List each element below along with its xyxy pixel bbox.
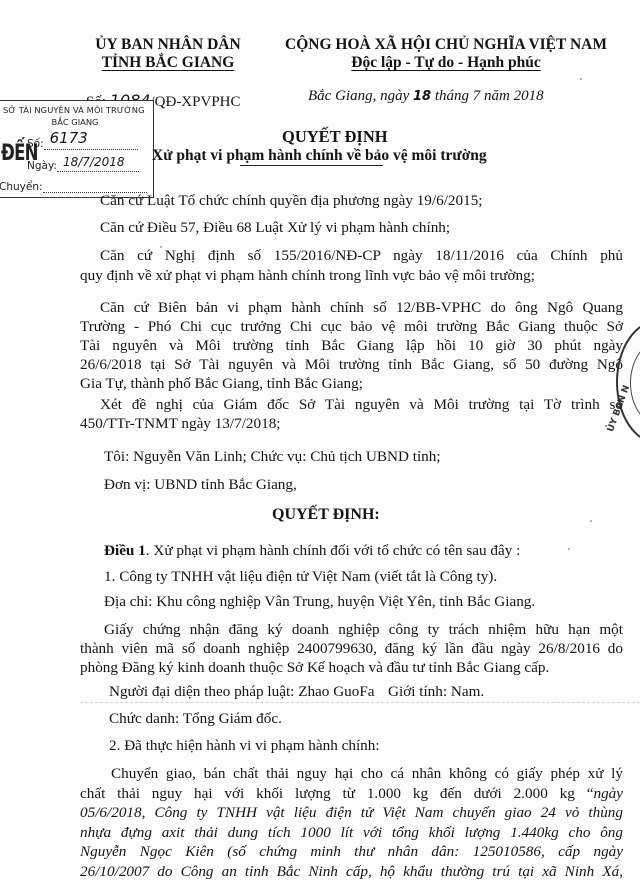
scan-speck (568, 548, 570, 550)
signer-line: Tôi: Nguyễn Văn Linh; Chức vụ: Chủ tịch … (104, 448, 441, 466)
issuer-line1: ỦY BAN NHÂN DÂN (88, 36, 248, 54)
stamp-org-line1: SỞ TÀI NGUYÊN VÀ MÔI TRƯỜNG (3, 105, 145, 115)
decision-title: QUYẾT ĐỊNH (282, 127, 388, 147)
subtitle-underline (240, 165, 383, 166)
legal-representative: Người đại diện theo pháp luật: Zhao GuoF… (109, 683, 375, 701)
company-address: Địa chỉ: Khu công nghiệp Vân Trung, huyệ… (104, 593, 535, 611)
preamble-dieu-57: Căn cứ Điều 57, Điều 68 Luật Xử lý vi ph… (100, 219, 450, 237)
preamble-bien-ban: Căn cứ Biên bản vi phạm hành chính số 12… (80, 298, 623, 393)
scan-speck (160, 246, 162, 248)
stamp-ngay-row: Ngày:18/7/2018 (27, 159, 139, 172)
national-motto: Độc lập - Tự do - Hạnh phúc (270, 54, 622, 72)
business-certificate: Giấy chứng nhận đăng ký doanh nghiệp côn… (80, 620, 623, 677)
stamp-ngay-value: 18/7/2018 (63, 155, 125, 169)
place-date: Bắc Giang, ngày 18 tháng 7 năm 2018 (308, 88, 544, 105)
decision-heading: QUYẾT ĐỊNH: (272, 506, 380, 524)
stamp-org-line2: BẮC GIANG (0, 117, 153, 127)
violation-description: Chuyển giao, bán chất thải nguy hại cho … (80, 764, 623, 881)
issuer-line2: TỈNH BẮC GIANG (88, 54, 248, 72)
date-day-handwritten: 18 (413, 89, 431, 104)
scan-speck (580, 78, 582, 80)
article-1-label: Điều 1 (104, 542, 146, 559)
preamble-luat-to-chuc: Căn cứ Luật Tổ chức chính quyền địa phươ… (100, 192, 483, 210)
stamp-so-row: Số:6173 (27, 137, 138, 150)
issuer-name: ỦY BAN NHÂN DÂN TỈNH BẮC GIANG (88, 36, 248, 72)
item-1-company: 1. Công ty TNHH vật liệu điện tử Việt Na… (104, 568, 497, 586)
scan-artifact-line (80, 702, 640, 703)
stamp-so-value: 6173 (50, 129, 88, 147)
representative-position: Chức danh: Tổng Giám đốc. (109, 710, 282, 728)
preamble-xet-de-nghi: Xét đề nghị của Giám đốc Sở Tài nguyên v… (80, 395, 623, 433)
representative-gender: Giới tính: Nam. (388, 683, 484, 701)
national-heading: CỘNG HOÀ XÃ HỘI CHỦ NGHĨA VIỆT NAM Độc l… (270, 36, 622, 72)
national-title: CỘNG HOÀ XÃ HỘI CHỦ NGHĨA VIỆT NAM (270, 36, 622, 54)
preamble-nghi-dinh: Căn cứ Nghị định số 155/2016/NĐ-CP ngày … (80, 247, 623, 285)
article-1: Điều 1. Xử phạt vi phạm hành chính đối v… (104, 542, 520, 560)
unit-line: Đơn vị: UBND tỉnh Bắc Giang, (104, 476, 297, 494)
scan-speck (590, 520, 592, 522)
decision-subtitle: Xử phạt vi phạm hành chính về bảo vệ môi… (152, 147, 487, 165)
received-stamp: SỞ TÀI NGUYÊN VÀ MÔI TRƯỜNG BẮC GIANG ĐẾ… (0, 100, 154, 198)
item-2-violation: 2. Đã thực hiện hành vi vi phạm hành chí… (109, 737, 380, 755)
